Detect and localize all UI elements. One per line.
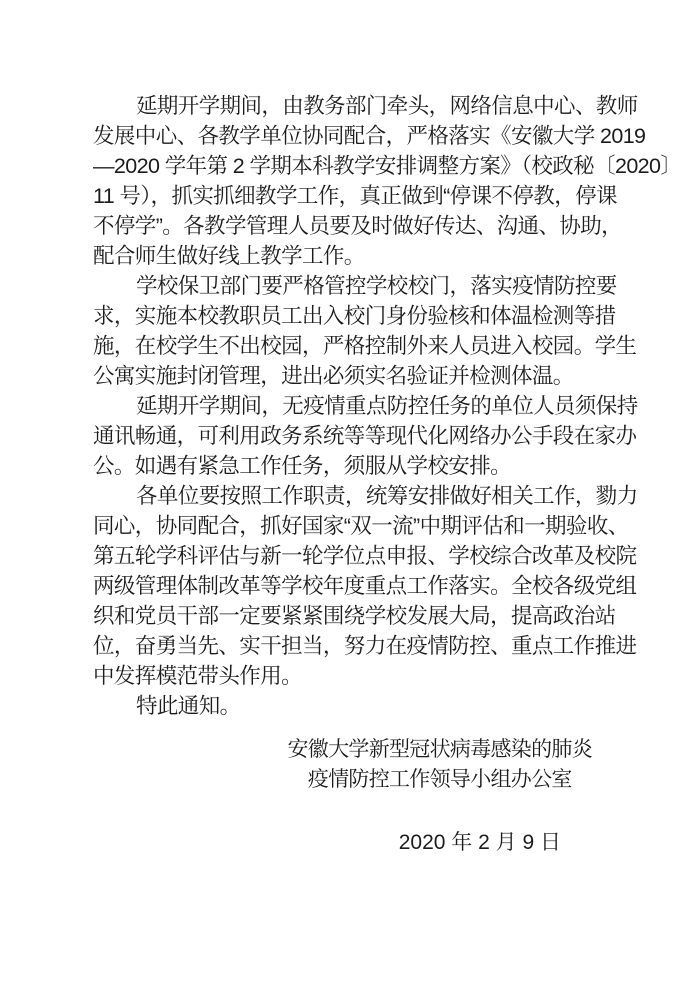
text-line: 延期开学期间，由教务部门牵头，网络信息中心、教师 [93,91,610,121]
text-line: 特此通知。 [93,691,610,721]
text-line: 公寓实施封闭管理，进出必须实名验证并检测体温。 [93,361,610,391]
text-line: 中发挥模范带头作用。 [93,661,610,691]
text-line: 11 号），抓实抓细教学工作，真正做到“停课不停教，停课 [93,181,610,211]
text-line: 第五轮学科评估与新一轮学位点申报、学校综合改革及校院 [93,541,610,571]
text-line: 求，实施本校教职员工出入校门身份验核和体温检测等措 [93,301,610,331]
text-line: 位，奋勇当先、实干担当，努力在疫情防控、重点工作推进 [93,631,610,661]
text-line: 施，在校学生不出校园，严格控制外来人员进入校园。学生 [93,331,610,361]
text-line: 公。如遇有紧急工作任务，须服从学校安排。 [93,451,610,481]
text-line: 两级管理体制改革等学校年度重点工作落实。全校各级党组 [93,571,610,601]
signature-block: 安徽大学新型冠状病毒感染的肺炎 疫情防控工作领导小组办公室 [288,735,593,795]
notice-body: 延期开学期间，由教务部门牵头，网络信息中心、教师 发展中心、各教学单位协同配合，… [93,91,610,721]
text-line: 不停学”。各教学管理人员要及时做好传达、沟通、协助， [93,211,610,241]
paragraph-remote-work: 延期开学期间，无疫情重点防控任务的单位人员须保持 通讯畅通，可利用政务系统等等现… [93,391,610,481]
paragraph-security: 学校保卫部门要严格管控学校校门，落实疫情防控要 求，实施本校教职员工出入校门身份… [93,271,610,391]
paragraph-teaching: 延期开学期间，由教务部门牵头，网络信息中心、教师 发展中心、各教学单位协同配合，… [93,91,610,271]
paragraph-key-tasks: 各单位要按照工作职责，统筹安排做好相关工作，勠力 同心，协同配合，抓好国家“双一… [93,481,610,691]
text-line: 通讯畅通，可利用政务系统等等现代化网络办公手段在家办 [93,421,610,451]
text-line: 配合师生做好线上教学工作。 [93,241,610,271]
text-line: —2020 学年第 2 学期本科教学安排调整方案》（校政秘〔2020〕 [93,151,610,181]
text-line: 各单位要按照工作职责，统筹安排做好相关工作，勠力 [93,481,610,511]
text-line: 织和党员干部一定要紧紧围绕学校发展大局，提高政治站 [93,601,610,631]
text-line: 延期开学期间，无疫情重点防控任务的单位人员须保持 [93,391,610,421]
text-line: 学校保卫部门要严格管控学校校门，落实疫情防控要 [93,271,610,301]
signature-line-2: 疫情防控工作领导小组办公室 [288,765,593,795]
text-line: 同心，协同配合，抓好国家“双一流”中期评估和一期验收、 [93,511,610,541]
signature-line-1: 安徽大学新型冠状病毒感染的肺炎 [288,735,593,765]
notice-page: 延期开学期间，由教务部门牵头，网络信息中心、教师 发展中心、各教学单位协同配合，… [0,0,699,990]
date-line: 2020 年 2 月 9 日 [399,828,561,858]
text-line: 发展中心、各教学单位协同配合，严格落实《安徽大学 2019 [93,121,610,151]
paragraph-closing: 特此通知。 [93,691,610,721]
